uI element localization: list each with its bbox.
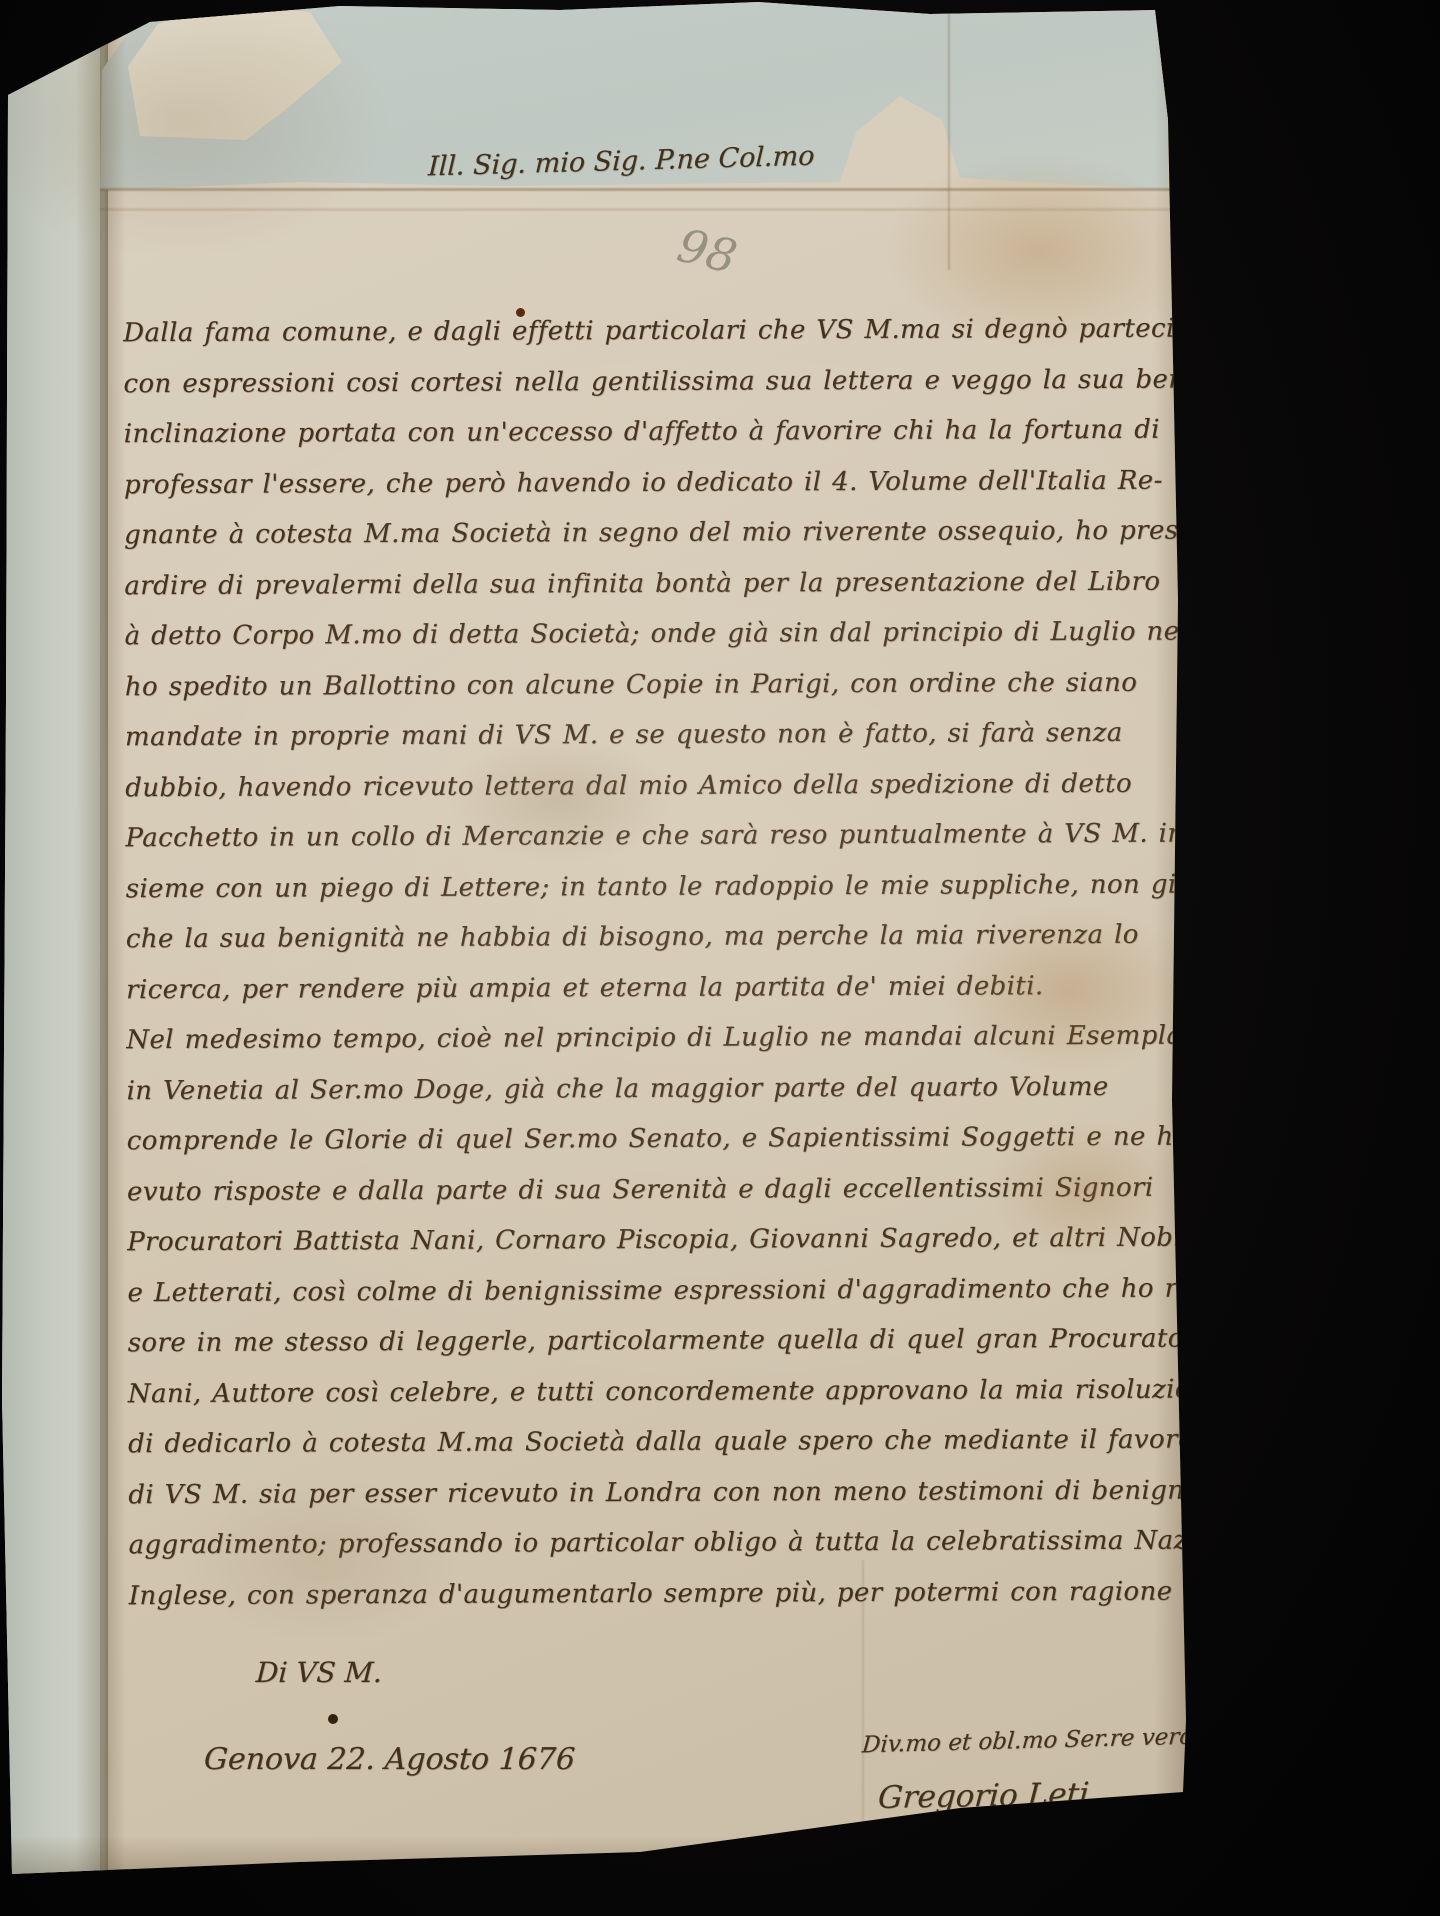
left-seam-shadow (100, 0, 126, 1916)
letter-line: gnante à cotesta M.ma Società in segno d… (124, 506, 1140, 561)
letter-line: ardire di prevalermi della sua infinita … (124, 556, 1140, 611)
letter-line: sieme con un piego di Lettere; in tanto … (126, 859, 1142, 914)
letter-line: con espressioni cosi cortesi nella genti… (123, 354, 1139, 409)
letter-line: Procuratori Battista Nani, Cornaro Pisco… (127, 1213, 1143, 1268)
photo-backdrop: Ill. Sig. mio Sig. P.ne Col.mo 98 Dalla … (0, 0, 1440, 1916)
letter-line: inclinazione portata con un'eccesso d'af… (124, 405, 1140, 460)
letter-line: professar l'essere, che però havendo io … (124, 455, 1140, 510)
letter-line: in Venetia al Ser.mo Doge, già che la ma… (126, 1061, 1142, 1116)
letter-line: Inglese, con speranza d'augumentarlo sem… (129, 1566, 1145, 1621)
letter-line: di dedicarlo à cotesta M.ma Società dall… (128, 1415, 1144, 1470)
signature: Gregorio Leti. (877, 1776, 1100, 1816)
letter-sheet: Ill. Sig. mio Sig. P.ne Col.mo 98 Dalla … (0, 0, 1440, 1916)
fold-crease-line (100, 188, 1185, 191)
letter-line: mandate in proprie mani di VS M. e se qu… (125, 708, 1141, 763)
letter-line: evuto risposte e dalla parte di sua Sere… (127, 1162, 1143, 1217)
letter-line: di VS M. sia per esser ricevuto in Londr… (128, 1465, 1144, 1520)
letter-line: Pacchetto in un collo di Mercanzie e che… (125, 809, 1141, 864)
closing-formula: Div.mo et obl.mo Ser.re vero (861, 1724, 1194, 1759)
verso-leaf-edge (0, 0, 108, 1916)
letter-line: aggradimento; professando io particolar … (128, 1516, 1144, 1571)
ink-blot-2 (328, 1714, 338, 1724)
letter-line: ho spedito un Ballottino con alcune Copi… (125, 657, 1141, 712)
pencil-folio-number: 98 (672, 218, 742, 285)
bottom-edge-shadow (0, 1836, 1190, 1876)
letter-line: sore in me stesso di leggerle, particola… (128, 1314, 1144, 1369)
letter-line: e Letterati, così colme di benignissime … (127, 1263, 1143, 1318)
dateline: Genova 22. Agosto 1676 (203, 1742, 576, 1777)
vertical-crease-top (948, 0, 950, 270)
letter-body: Dalla fama comune, e dagli effetti parti… (123, 304, 1145, 1621)
letter-line: comprende le Glorie di quel Ser.mo Senat… (127, 1112, 1143, 1167)
valediction: Di VS M. (255, 1656, 383, 1689)
letter-line: dubbio, havendo ricevuto lettera dal mio… (125, 758, 1141, 813)
letter-line: ricerca, per rendere più ampia et eterna… (126, 960, 1142, 1015)
letter-line: Nel medesimo tempo, cioè nel principio d… (126, 1011, 1142, 1066)
letter-line: à detto Corpo M.mo di detta Società; ond… (124, 607, 1140, 662)
letter-line: Dalla fama comune, e dagli effetti parti… (123, 304, 1139, 359)
letter-line: che la sua benignità ne habbia di bisogn… (126, 910, 1142, 965)
fold-crease-line-2 (100, 208, 1185, 211)
letter-line: Nani, Auttore così celebre, e tutti conc… (128, 1364, 1144, 1419)
